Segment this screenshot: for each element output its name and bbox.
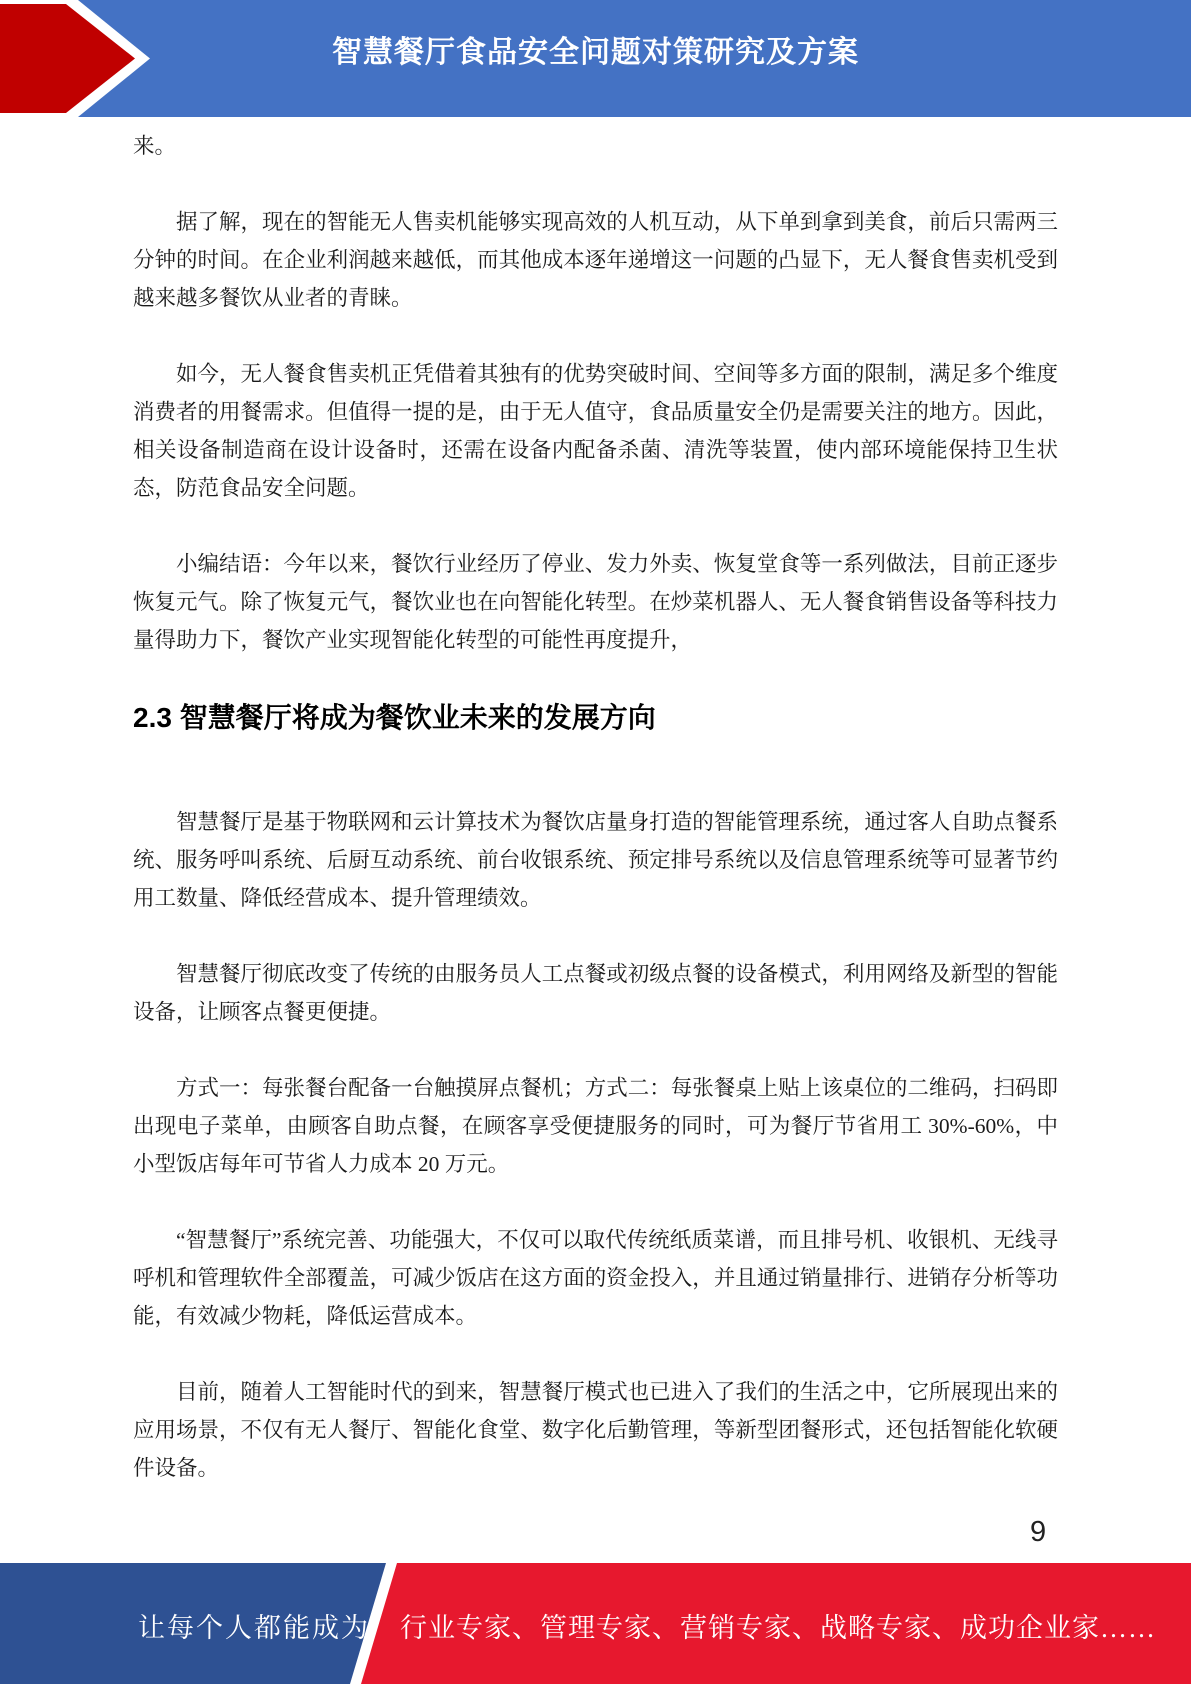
paragraph: 智慧餐厅彻底改变了传统的由服务员人工点餐或初级点餐的设备模式，利用网络及新型的智… [133, 955, 1058, 1031]
section-heading: 2.3 智慧餐厅将成为餐饮业未来的发展方向 [133, 697, 1058, 739]
document-body: 来。据了解，现在的智能无人售卖机能够实现高效的人机互动，从下单到拿到美食，前后只… [133, 127, 1058, 1525]
paragraph: 据了解，现在的智能无人售卖机能够实现高效的人机互动，从下单到拿到美食，前后只需两… [133, 203, 1058, 317]
document-page: 智慧餐厅食品安全问题对策研究及方案 来。据了解，现在的智能无人售卖机能够实现高效… [0, 0, 1191, 1684]
paragraph: 来。 [133, 127, 1058, 165]
paragraph: 方式一：每张餐台配备一台触摸屏点餐机；方式二：每张餐桌上贴上该桌位的二维码，扫码… [133, 1069, 1058, 1183]
paragraph: 如今，无人餐食售卖机正凭借着其独有的优势突破时间、空间等多方面的限制，满足多个维… [133, 355, 1058, 507]
paragraph: “智慧餐厅”系统完善、功能强大，不仅可以取代传统纸质菜谱，而且排号机、收银机、无… [133, 1221, 1058, 1335]
paragraph: 目前，随着人工智能时代的到来，智慧餐厅模式也已进入了我们的生活之中，它所展现出来… [133, 1373, 1058, 1487]
paragraph: 智慧餐厅是基于物联网和云计算技术为餐饮店量身打造的智能管理系统，通过客人自助点餐… [133, 803, 1058, 917]
page-title: 智慧餐厅食品安全问题对策研究及方案 [0, 27, 1191, 71]
header-band: 智慧餐厅食品安全问题对策研究及方案 [0, 0, 1191, 117]
page-number: 9 [1030, 1516, 1046, 1549]
footer-slogan-left: 让每个人都能成为 [138, 1606, 370, 1645]
footer-band: 让每个人都能成为 行业专家、管理专家、营销专家、战略专家、成功企业家…… [0, 1563, 1191, 1684]
paragraph: 小编结语：今年以来，餐饮行业经历了停业、发力外卖、恢复堂食等一系列做法，目前正逐… [133, 545, 1058, 659]
footer-slogan-right: 行业专家、管理专家、营销专家、战略专家、成功企业家…… [400, 1606, 1156, 1645]
